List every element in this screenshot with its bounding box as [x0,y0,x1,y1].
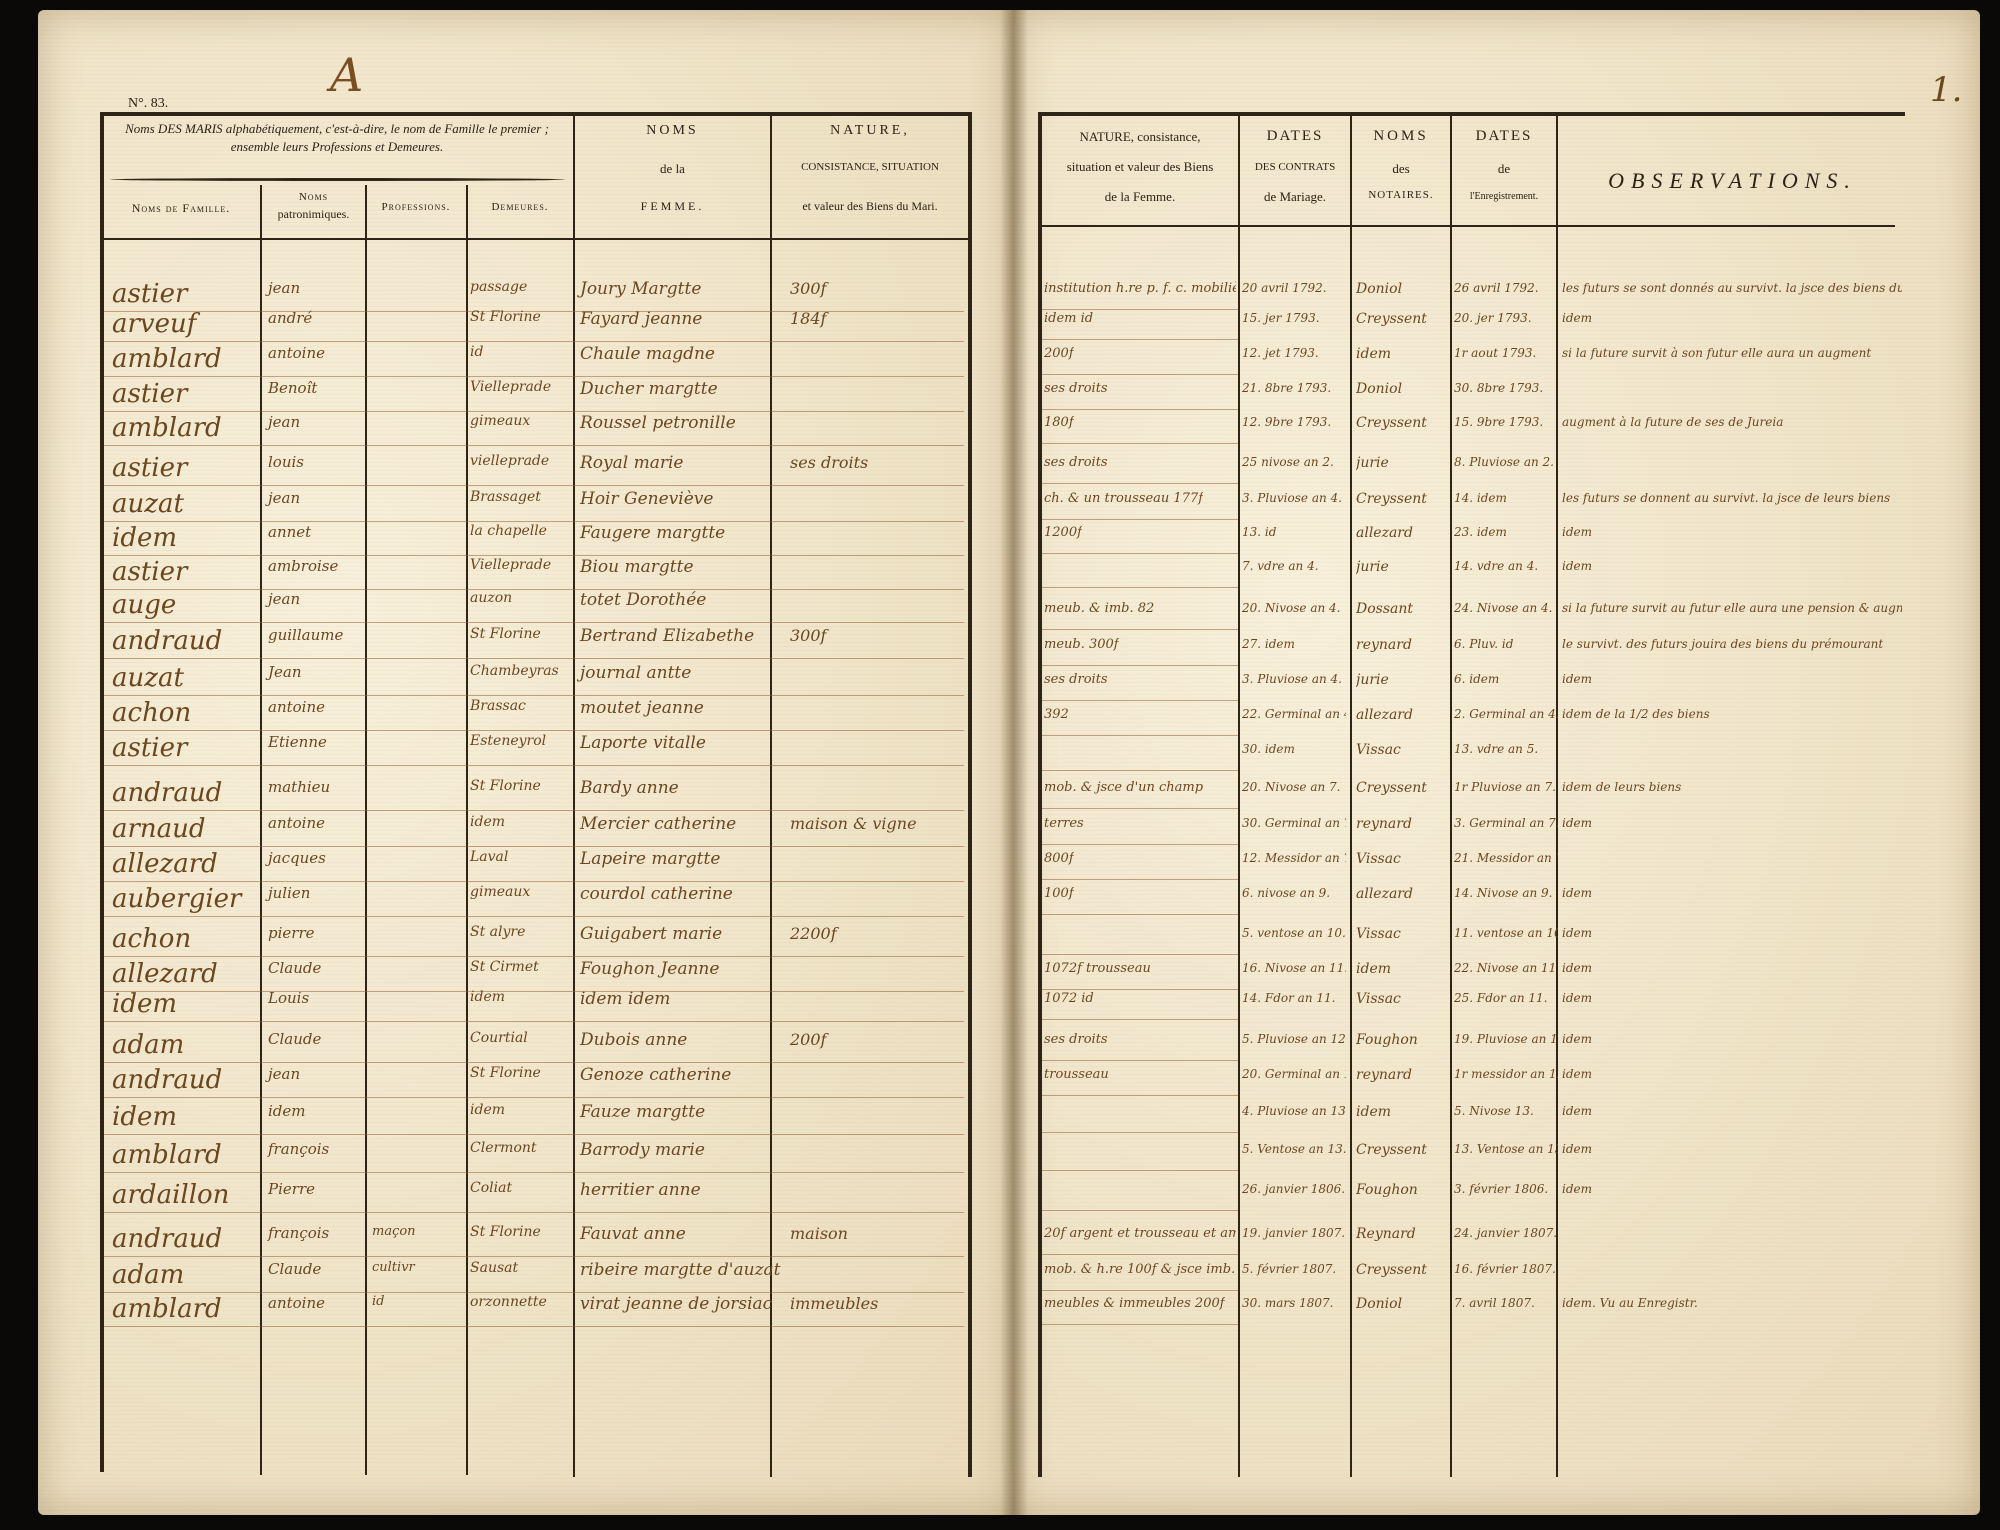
row-rule [1042,914,1238,915]
header-given-name-2: patronimiques. [262,206,365,222]
husband-goods-cell: 200f [790,1030,826,1049]
observations-cell: augment à la future de ses de Jureia [1562,415,1783,429]
given-name-cell: Pierre [268,1180,315,1198]
registration-date-cell: 25. Fdor an 11. [1454,991,1547,1005]
col-divider [1350,112,1352,1477]
family-name-cell: achon [112,698,191,728]
header-profession: Professions. [366,200,466,215]
given-name-cell: françois [268,1224,329,1242]
row-rule [1042,1132,1238,1133]
registration-date-cell: 20. jer 1793. [1454,311,1532,325]
wife-name-cell: Fayard jeanne [580,309,702,329]
col-divider [1238,112,1240,1477]
header-husband-goods-3: et valeur des Biens du Mari. [772,198,968,214]
notary-cell: jurie [1356,455,1389,471]
residence-cell: Clermont [470,1140,537,1156]
row-rule [104,695,964,696]
husband-goods-cell: 300f [790,279,826,298]
wife-goods-cell: ch. & un trousseau 177f [1044,491,1203,506]
row-rule [1042,1324,1238,1325]
contract-date-cell: 20 avril 1792. [1242,281,1327,295]
residence-cell: gimeaux [470,884,530,900]
wife-goods-cell: idem id [1044,311,1093,326]
profession-cell: cultivr [372,1260,415,1275]
given-name-cell: andré [268,309,312,327]
residence-cell: Brassaget [470,489,541,505]
observations-cell: les futurs se donnent au survivt. la jsc… [1562,491,1890,505]
header-given-name-1: Noms [262,190,365,205]
header-husbands-group: Noms DES MARIS alphabétiquement, c'est-à… [106,120,568,155]
registration-date-cell: 21. Messidor an 7. [1454,851,1558,865]
family-name-cell: adam [112,1030,184,1060]
contract-date-cell: 3. Pluviose an 4. [1242,491,1342,505]
header-notary-2: des [1352,160,1450,178]
register-number: N°. 83. [128,96,168,112]
family-name-cell: astier [112,453,187,483]
observations-cell: idem [1562,1182,1592,1196]
family-name-cell: astier [112,557,187,587]
page-number: 1. [1930,70,1962,110]
observations-cell: idem [1562,672,1592,686]
row-rule [1042,879,1238,880]
family-name-cell: amblard [112,1140,222,1170]
family-name-cell: allezard [112,849,218,879]
notary-cell: Vissac [1356,991,1401,1007]
row-rule [104,1292,964,1293]
col-divider [466,185,468,1475]
residence-cell: idem [470,814,505,830]
given-name-cell: Claude [268,959,321,977]
wife-name-cell: courdol catherine [580,884,733,904]
wife-name-cell: Chaule magdne [580,344,715,364]
col-divider [1556,112,1558,1477]
notary-cell: Creyssent [1356,491,1427,507]
notary-cell: Vissac [1356,851,1401,867]
family-name-cell: andraud [112,778,222,808]
contract-date-cell: 19. janvier 1807. [1242,1226,1345,1240]
notary-cell: Doniol [1356,281,1402,297]
residence-cell: Coliat [470,1180,512,1196]
wife-name-cell: Guigabert marie [580,924,722,944]
contract-date-cell: 30. mars 1807. [1242,1296,1334,1310]
row-rule [104,1326,964,1327]
family-name-cell: amblard [112,344,222,374]
row-rule [104,846,964,847]
registration-date-cell: 13. vdre an 5. [1454,742,1538,756]
notary-cell: Creyssent [1356,1142,1427,1158]
brace-rule [110,178,565,181]
col-divider [365,185,367,1475]
notary-cell: Foughon [1356,1032,1418,1048]
wife-name-cell: Royal marie [580,453,684,473]
registration-date-cell: 11. ventose an 10. [1454,926,1558,940]
registration-date-cell: 24. janvier 1807. [1454,1226,1557,1240]
residence-cell: St Florine [470,309,541,325]
residence-cell: vielleprade [470,453,549,469]
notary-cell: Foughon [1356,1182,1418,1198]
row-rule [1042,309,1238,310]
residence-cell: Vielleprade [470,379,551,395]
notary-cell: reynard [1356,637,1412,653]
husband-goods-cell: maison & vigne [790,814,917,833]
header-wife-goods-3: de la Femme. [1042,188,1238,206]
header-registration-3: l'Enregistrement. [1452,190,1556,204]
husband-goods-cell: maison [790,1224,848,1243]
row-rule [104,658,964,659]
contract-date-cell: 16. Nivose an 11. [1242,961,1346,975]
header-wife-goods-1: NATURE, consistance, [1042,128,1238,146]
contract-date-cell: 3. Pluviose an 4. [1242,672,1342,686]
table-left-border [100,112,104,1472]
wife-goods-cell: 100f [1044,886,1074,901]
row-rule [104,555,964,556]
observations-cell: idem [1562,1142,1592,1156]
header-wife-goods-2: situation et valeur des Biens [1042,158,1238,176]
registration-date-cell: 19. Pluviose an 12. [1454,1032,1558,1046]
observations-cell: idem [1562,1067,1592,1081]
row-rule [1042,443,1238,444]
wife-name-cell: Foughon Jeanne [580,959,719,979]
contract-date-cell: 21. 8bre 1793. [1242,381,1331,395]
husband-goods-cell: 184f [790,309,826,328]
wife-name-cell: Faugere margtte [580,523,725,543]
wife-goods-cell: meubles & immeubles 200f [1044,1296,1225,1311]
given-name-cell: louis [268,453,304,471]
row-rule [104,341,964,342]
contract-date-cell: 20. Nivose an 4. [1242,601,1340,615]
table-top-rule-left [102,112,972,116]
row-rule [104,1062,964,1063]
given-name-cell: julien [268,884,310,902]
registration-date-cell: 23. idem [1454,525,1507,539]
notary-cell: Creyssent [1356,780,1427,796]
row-rule [1042,1019,1238,1020]
notary-cell: jurie [1356,559,1389,575]
profession-cell: maçon [372,1224,416,1239]
family-name-cell: idem [112,523,177,553]
residence-cell: id [470,344,483,360]
contract-date-cell: 20. Nivose an 7. [1242,780,1340,794]
row-rule [1042,1210,1238,1211]
row-rule [1042,374,1238,375]
contract-date-cell: 5. Pluviose an 12. [1242,1032,1346,1046]
row-rule [1042,339,1238,340]
contract-date-cell: 5. Ventose an 13. [1242,1142,1346,1156]
given-name-cell: françois [268,1140,329,1158]
wife-name-cell: herritier anne [580,1180,701,1200]
wife-name-cell: Barrody marie [580,1140,705,1160]
row-rule [104,1212,964,1213]
wife-name-cell: idem idem [580,989,670,1009]
wife-goods-cell: 800f [1044,851,1074,866]
notary-cell: idem [1356,346,1391,362]
contract-date-cell: 22. Germinal an 4. [1242,707,1346,721]
notary-cell: allezard [1356,886,1413,902]
family-name-cell: idem [112,989,177,1019]
header-notary-3: NOTAIRES. [1352,188,1450,203]
registration-date-cell: 14. idem [1454,491,1507,505]
row-rule [104,810,964,811]
registration-date-cell: 13. Ventose an 13. [1454,1142,1558,1156]
residence-cell: St Florine [470,778,541,794]
row-rule [104,991,964,992]
residence-cell: la chapelle [470,523,547,539]
observations-cell: si la future survit à son futur elle aur… [1562,346,1871,360]
row-rule [104,1256,964,1257]
family-name-cell: aubergier [112,884,241,914]
row-rule [1042,483,1238,484]
notary-cell: idem [1356,1104,1391,1120]
registration-date-cell: 24. Nivose an 4. [1454,601,1552,615]
registration-date-cell: 2. Germinal an 4. [1454,707,1558,721]
contract-date-cell: 5. ventose an 10. [1242,926,1346,940]
family-name-cell: ardaillon [112,1180,229,1210]
row-rule [1042,553,1238,554]
contract-date-cell: 15. jer 1793. [1242,311,1320,325]
notary-cell: Creyssent [1356,311,1427,327]
registration-date-cell: 6. idem [1454,672,1499,686]
wife-goods-cell: ses droits [1044,672,1108,687]
residence-cell: Sausat [470,1260,518,1276]
residence-cell: gimeaux [470,413,530,429]
row-rule [1042,1060,1238,1061]
husband-goods-cell: 300f [790,626,826,645]
contract-date-cell: 30. idem [1242,742,1295,756]
family-name-cell: andraud [112,626,222,656]
row-rule [104,376,964,377]
header-contract-date-1: DATES [1240,126,1350,146]
row-rule [104,1097,964,1098]
wife-goods-cell: 180f [1044,415,1074,430]
row-rule [1042,665,1238,666]
row-rule [1042,770,1238,771]
observations-cell: idem de la 1/2 des biens [1562,707,1710,721]
contract-date-cell: 7. vdre an 4. [1242,559,1319,573]
wife-goods-cell: mob. & jsce d'un champ [1044,780,1203,795]
family-name-cell: amblard [112,413,222,443]
row-rule [104,1134,964,1135]
given-name-cell: antoine [268,344,325,362]
observations-cell: si la future survit au futur elle aura u… [1562,601,1902,615]
notary-cell: Vissac [1356,742,1401,758]
header-husband-goods-1: NATURE, [772,122,968,141]
wife-name-cell: Fauze margtte [580,1102,705,1122]
registration-date-cell: 5. Nivose 13. [1454,1104,1534,1118]
registration-date-cell: 1r messidor an 12. [1454,1067,1558,1081]
contract-date-cell: 12. 9bre 1793. [1242,415,1331,429]
wife-goods-cell: 200f [1044,346,1074,361]
wife-goods-cell: ses droits [1044,455,1108,470]
observations-cell: idem [1562,961,1592,975]
notary-cell: Dossant [1356,601,1413,617]
registration-date-cell: 30. 8bre 1793. [1454,381,1543,395]
observations-cell: le survivt. des futurs jouira des biens … [1562,637,1883,651]
row-rule [1042,735,1238,736]
row-rule [1042,409,1238,410]
wife-name-cell: Laporte vitalle [580,733,706,753]
given-name-cell: annet [268,523,311,541]
notary-cell: idem [1356,961,1391,977]
observations-cell: idem [1562,816,1592,830]
wife-name-cell: Genoze catherine [580,1065,731,1085]
contract-date-cell: 12. jet 1793. [1242,346,1319,360]
given-name-cell: Louis [268,989,309,1007]
notary-cell: allezard [1356,707,1413,723]
observations-cell: idem [1562,1032,1592,1046]
given-name-cell: antoine [268,1294,325,1312]
wife-name-cell: Dubois anne [580,1030,687,1050]
row-rule [1042,844,1238,845]
notary-cell: reynard [1356,816,1412,832]
observations-cell: idem [1562,1104,1592,1118]
contract-date-cell: 27. idem [1242,637,1295,651]
residence-cell: St Florine [470,1224,541,1240]
table-left-border-right [1038,112,1042,1477]
family-name-cell: auzat [112,489,184,519]
col-divider [1450,112,1452,1477]
residence-cell: St Cirmet [470,959,539,975]
registration-date-cell: 6. Pluv. id [1454,637,1513,651]
header-wife-3: FEMME. [575,198,770,214]
given-name-cell: Benoît [268,379,317,397]
row-rule [104,765,964,766]
row-rule [1042,1290,1238,1291]
registration-date-cell: 14. Nivose an 9. [1454,886,1552,900]
wife-goods-cell: 392 [1044,707,1069,722]
given-name-cell: Claude [268,1260,321,1278]
row-rule [104,485,964,486]
row-rule [1042,989,1238,990]
header-bottom-rule-right [1040,225,1895,227]
registration-date-cell: 3. février 1806. [1454,1182,1548,1196]
header-registration-1: DATES [1452,126,1556,146]
residence-cell: Esteneyrol [470,733,546,749]
family-name-cell: idem [112,1102,177,1132]
wife-goods-cell: 1200f [1044,525,1082,540]
family-name-cell: andraud [112,1065,222,1095]
notary-cell: Doniol [1356,1296,1402,1312]
wife-name-cell: Joury Margtte [580,279,701,299]
wife-goods-cell: ses droits [1044,381,1108,396]
observations-cell: idem [1562,311,1592,325]
residence-cell: St Florine [470,626,541,642]
header-bottom-rule [102,238,968,240]
header-family-name: Noms de Famille. [102,200,260,216]
husband-goods-cell: 2200f [790,924,837,943]
row-rule [104,1172,964,1173]
residence-cell: St Florine [470,1065,541,1081]
notary-cell: reynard [1356,1067,1412,1083]
family-name-cell: arveuf [112,309,196,339]
header-notary-1: NOMS [1352,126,1450,146]
observations-cell: idem [1562,926,1592,940]
registration-date-cell: 22. Nivose an 11. [1454,961,1558,975]
wife-name-cell: Bertrand Elizabethe [580,626,754,646]
given-name-cell: Jean [268,663,302,681]
observations-cell: idem [1562,991,1592,1005]
header-wife-1: NOMS [575,122,770,141]
contract-date-cell: 13. id [1242,525,1276,539]
residence-cell: orzonnette [470,1294,547,1310]
observations-cell: idem [1562,559,1592,573]
residence-cell: passage [470,279,527,295]
family-name-cell: amblard [112,1294,222,1324]
table-right-border-left [968,112,972,1477]
notary-cell: Doniol [1356,381,1402,397]
registration-date-cell: 1r Pluviose an 7. [1454,780,1556,794]
given-name-cell: antoine [268,814,325,832]
residence-cell: idem [470,989,505,1005]
observations-cell: idem [1562,886,1592,900]
wife-name-cell: virat jeanne de jorsiac [580,1294,772,1314]
observations-cell: idem [1562,525,1592,539]
wife-goods-cell: institution h.re p. f. c. mobilière [1044,281,1236,296]
given-name-cell: mathieu [268,778,330,796]
observations-cell: les futurs se sont donnés au survivt. la… [1562,281,1902,295]
header-residence: Demeures. [467,200,573,215]
family-name-cell: auzat [112,663,184,693]
row-rule [1042,587,1238,588]
wife-goods-cell: 1072 id [1044,991,1094,1006]
row-rule [104,445,964,446]
row-rule [1042,629,1238,630]
family-name-cell: auge [112,590,176,620]
book-gutter [1000,10,1028,1515]
profession-cell: id [372,1294,384,1309]
wife-name-cell: Fauvat anne [580,1224,686,1244]
wife-name-cell: Bardy anne [580,778,679,798]
section-letter: A [330,48,363,102]
row-rule [1042,519,1238,520]
contract-date-cell: 25 nivose an 2. [1242,455,1334,469]
residence-cell: Vielleprade [470,557,551,573]
row-rule [104,622,964,623]
wife-name-cell: journal antte [580,663,691,683]
row-rule [1042,954,1238,955]
contract-date-cell: 20. Germinal an 12. [1242,1067,1346,1081]
wife-goods-cell: meub. & imb. 82 [1044,601,1154,616]
contract-date-cell: 12. Messidor an 7. [1242,851,1346,865]
residence-cell: St alyre [470,924,525,940]
row-rule [1042,1254,1238,1255]
wife-goods-cell: ses droits [1044,1032,1108,1047]
wife-goods-cell: meub. 300f [1044,637,1119,652]
family-name-cell: adam [112,1260,184,1290]
family-name-cell: astier [112,279,187,309]
row-rule [1042,808,1238,809]
given-name-cell: jacques [268,849,326,867]
wife-goods-cell: 20f argent et trousseau et ameubt. [1044,1226,1236,1241]
given-name-cell: jean [268,590,300,608]
residence-cell: idem [470,1102,505,1118]
header-husband-goods-2: CONSISTANCE, SITUATION [772,160,968,175]
header-contract-date-3: de Mariage. [1240,188,1350,206]
wife-name-cell: moutet jeanne [580,698,704,718]
given-name-cell: Claude [268,1030,321,1048]
family-name-cell: allezard [112,959,218,989]
row-rule [104,881,964,882]
family-name-cell: astier [112,379,187,409]
given-name-cell: idem [268,1102,306,1120]
wife-name-cell: totet Dorothée [580,590,706,610]
notary-cell: Creyssent [1356,415,1427,431]
registration-date-cell: 14. vdre an 4. [1454,559,1538,573]
observations-cell: idem. Vu au Enregistr. [1562,1296,1698,1310]
wife-goods-cell: terres [1044,816,1084,831]
wife-goods-cell: 1072f trousseau [1044,961,1151,976]
residence-cell: Chambeyras [470,663,559,679]
family-name-cell: andraud [112,1224,222,1254]
